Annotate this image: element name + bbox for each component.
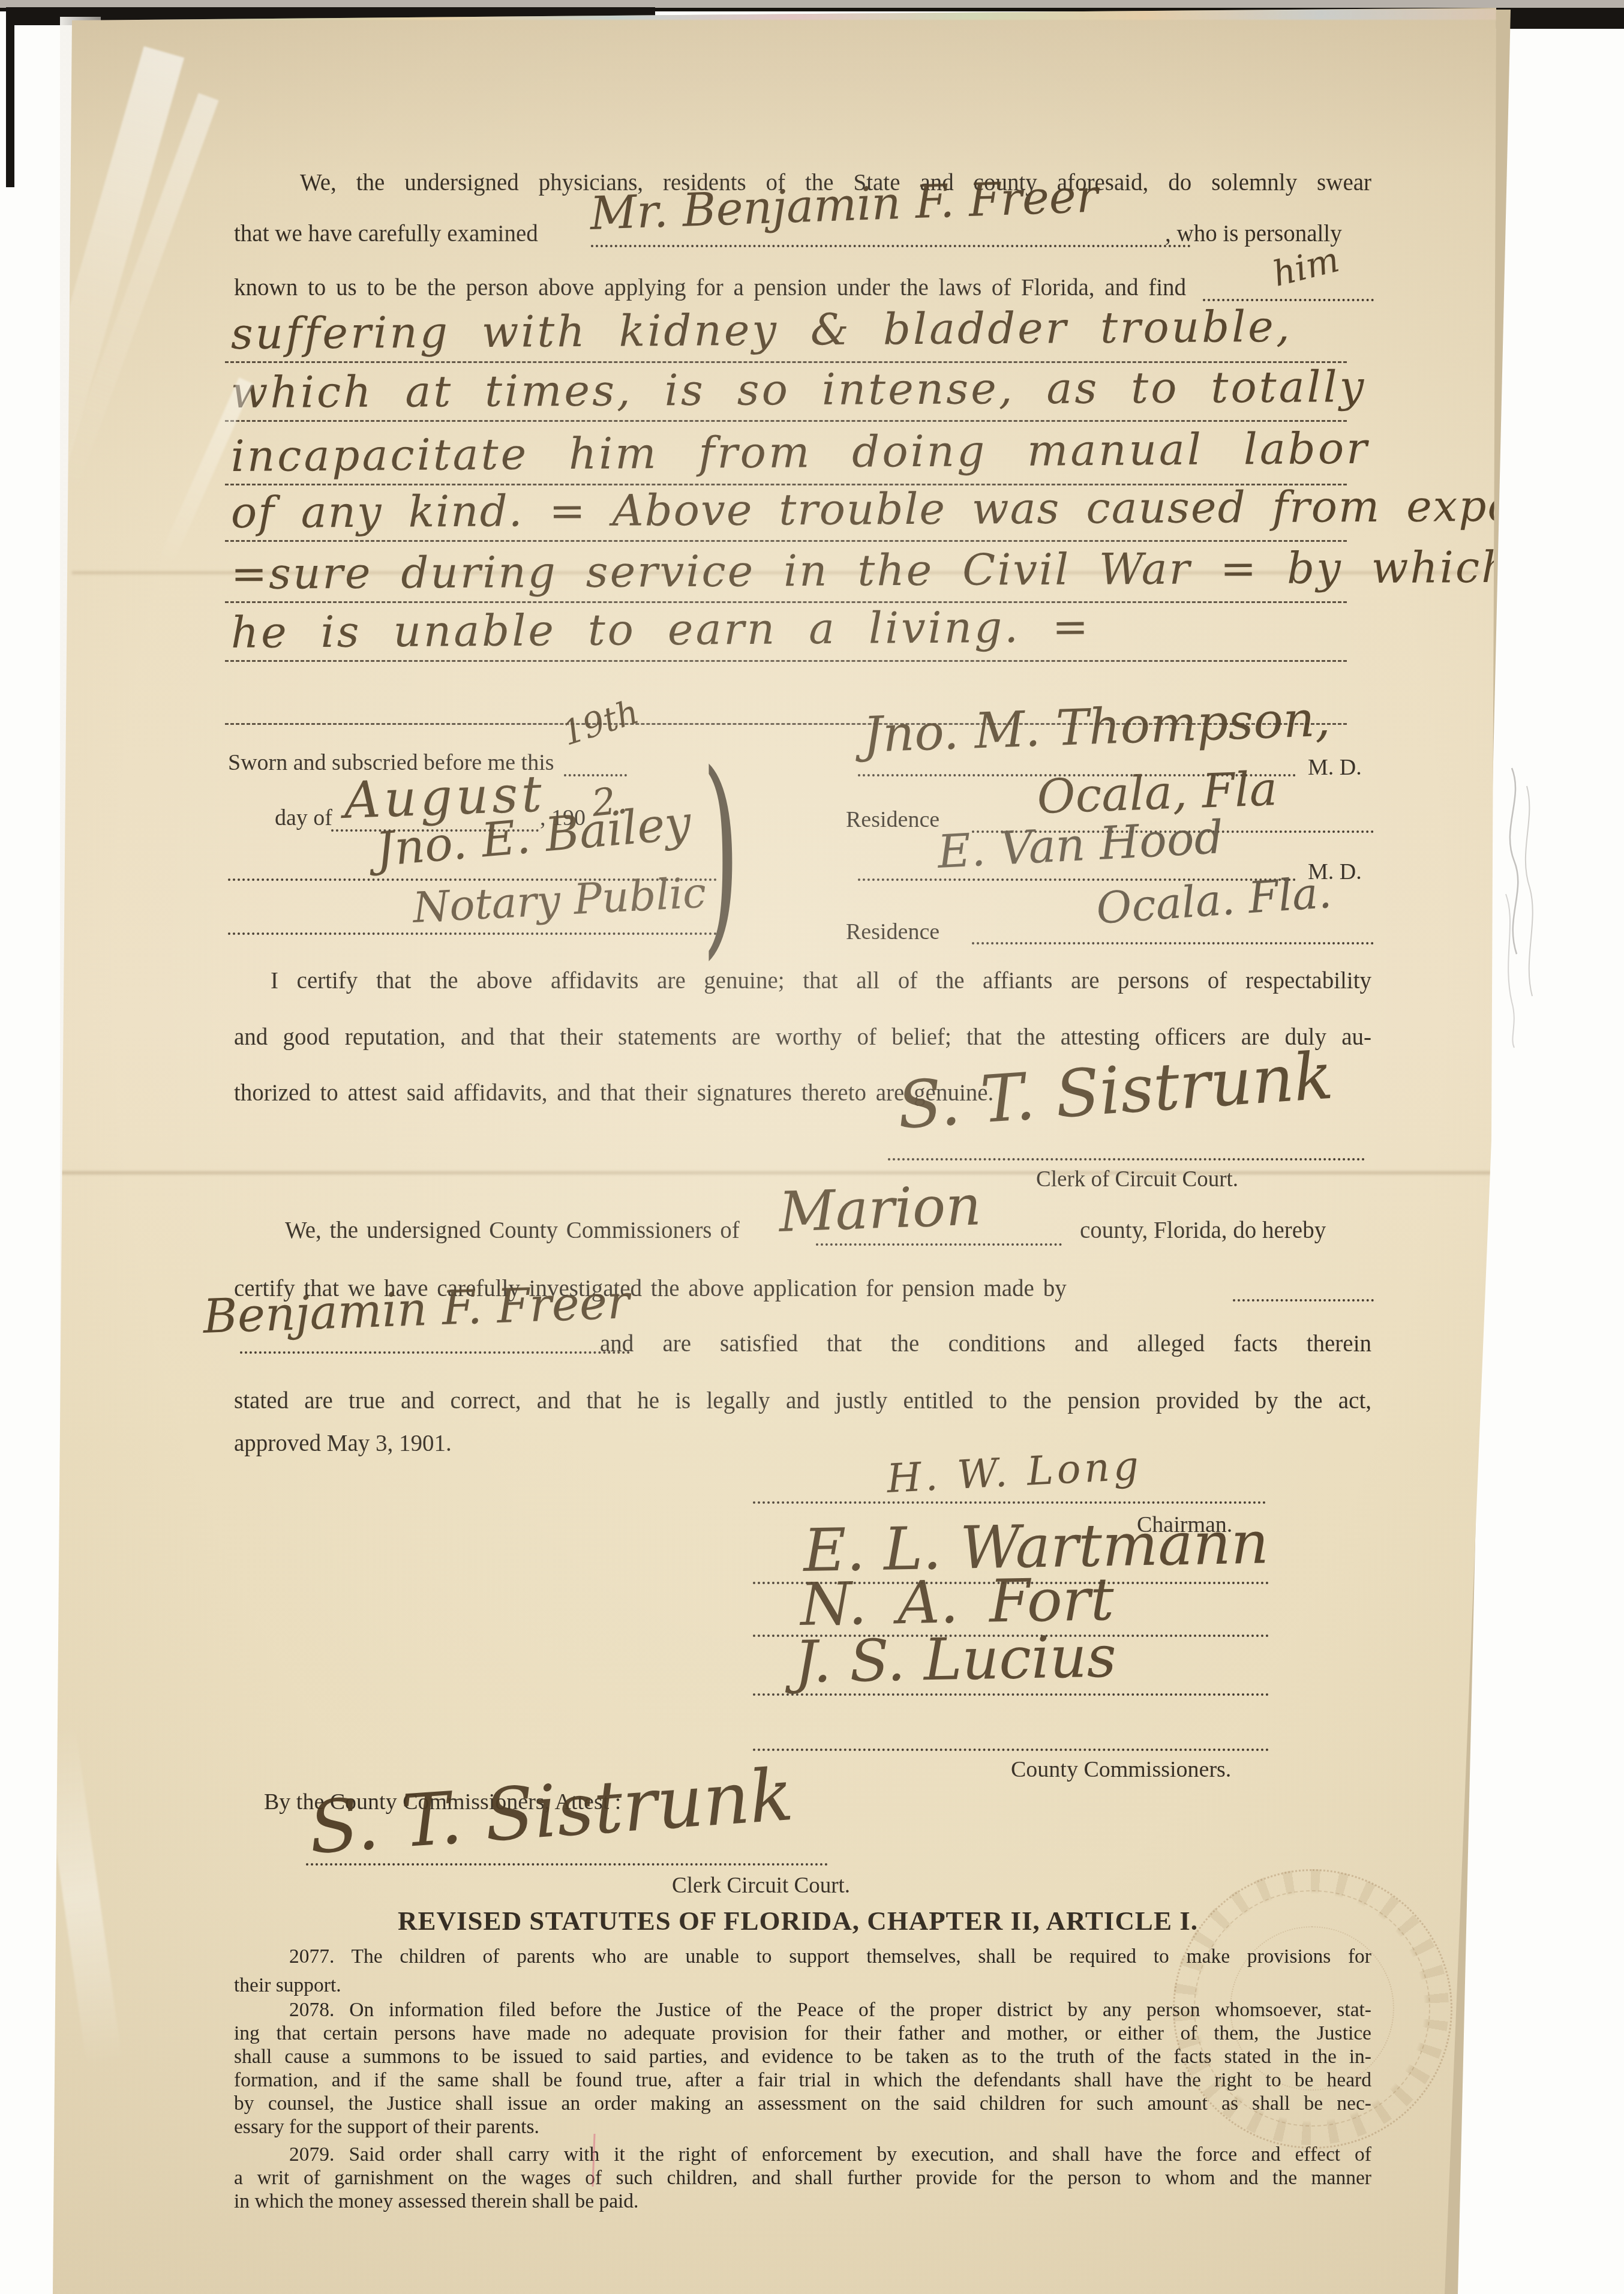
scan-frame-top-right <box>1493 8 1624 29</box>
scan-frame-left-sliver <box>6 7 14 187</box>
document-page: We, the undersigned physicians, resident… <box>0 0 1624 2294</box>
paper-vignette <box>0 0 1624 2294</box>
scanned-document: We, the undersigned physicians, resident… <box>0 0 1624 2294</box>
margin-pencil-marks <box>1494 762 1548 1050</box>
